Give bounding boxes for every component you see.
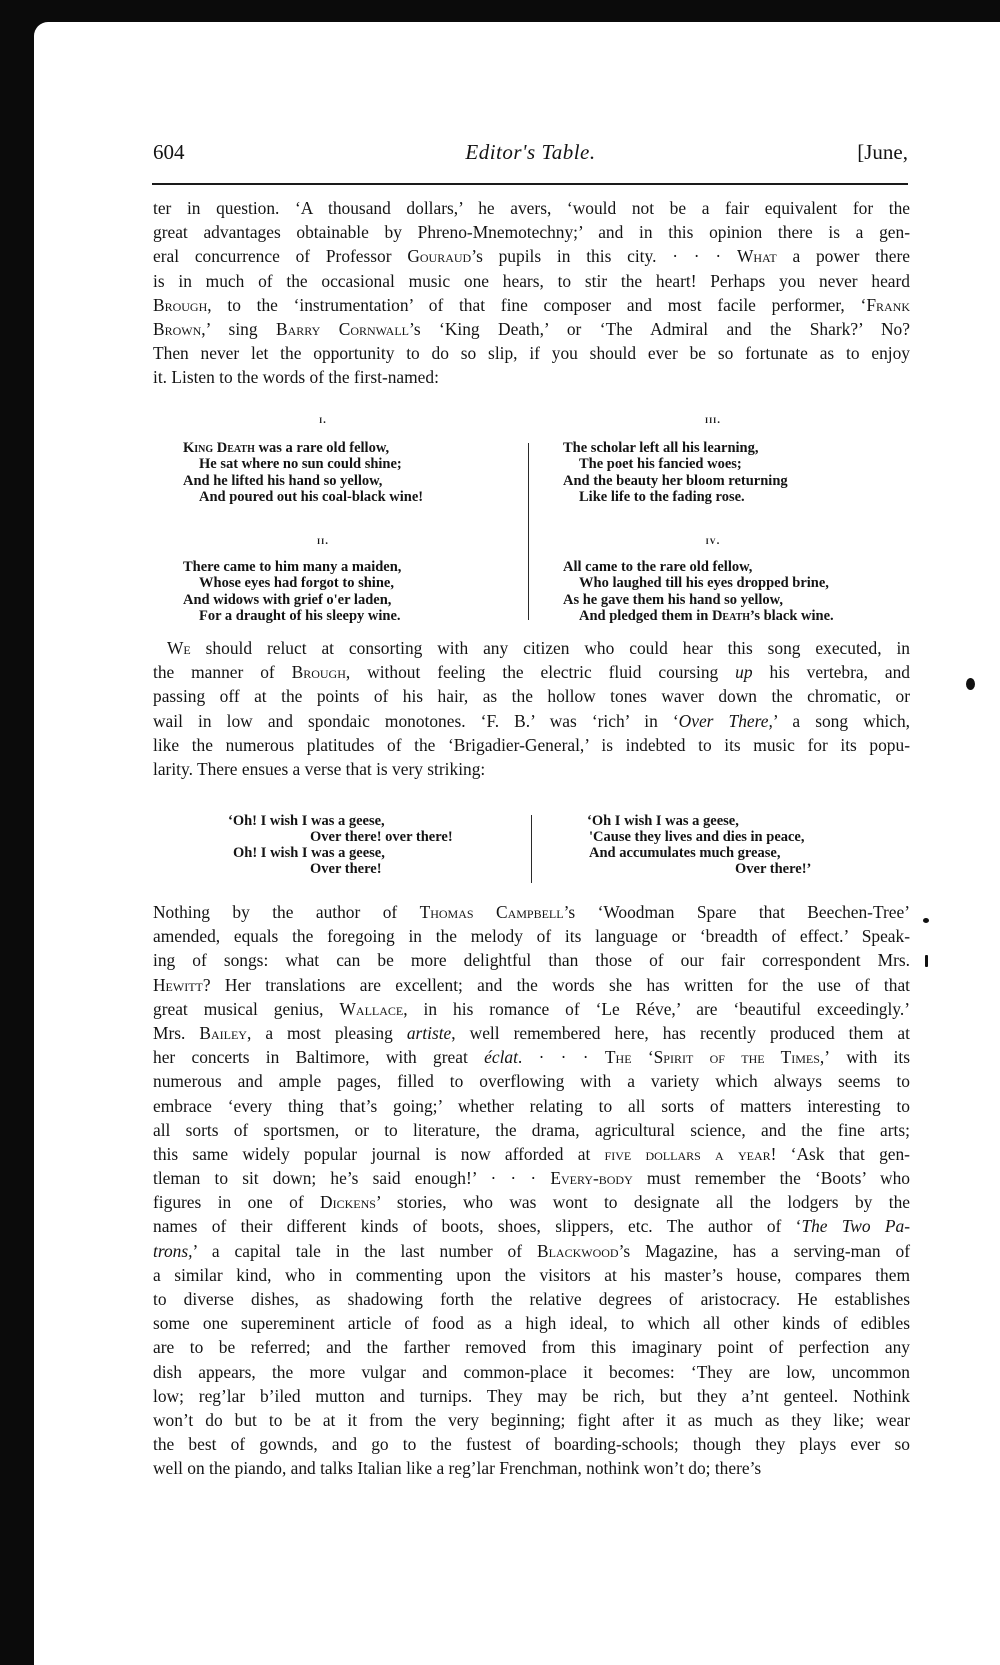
verse-line: Oh! I wish I was a geese, xyxy=(228,845,498,861)
ink-mark xyxy=(925,955,928,967)
stanza-numeral: i. xyxy=(183,412,463,428)
running-month: [June, xyxy=(857,140,908,165)
poem-line: And the beauty her bloom returning xyxy=(563,473,883,489)
text-line: Hewitt? Her translations are excellent; … xyxy=(153,973,910,997)
verse-line: Over there! over there! xyxy=(228,829,498,845)
ink-blot xyxy=(966,678,975,690)
verse-divider xyxy=(531,815,532,883)
text-line: Nothing by the author of Thomas Campbell… xyxy=(153,900,910,924)
stanza-1: i.King Death was a rare old fellow,He sa… xyxy=(183,412,483,505)
text-line: larity. There ensues a verse that is ver… xyxy=(153,757,910,781)
poem-line: Like life to the fading rose. xyxy=(563,489,883,505)
text-line: tleman to sit down; he’s said enough!’ ·… xyxy=(153,1166,910,1190)
text-line: like the numerous platitudes of the ‘Bri… xyxy=(153,733,910,757)
text-line: it. Listen to the words of the first-nam… xyxy=(153,365,910,389)
text-line: to diverse dishes, as shadowing forth th… xyxy=(153,1287,910,1311)
text-line: the manner of Brough, without feeling th… xyxy=(153,660,910,684)
poem-line: And pledged them in Death’s black wine. xyxy=(563,608,883,624)
paragraph-2: We should reluct at consorting with any … xyxy=(153,636,910,781)
verse-right: ‘Oh I wish I was a geese, 'Cause they li… xyxy=(587,813,887,877)
poem-line: The poet his fancied woes; xyxy=(563,456,883,472)
header-rule xyxy=(152,183,908,185)
verse-line: Over there! xyxy=(228,861,498,877)
poem-line: As he gave them his hand so yellow, xyxy=(563,592,883,608)
text-line: We should reluct at consorting with any … xyxy=(153,636,910,660)
poem-line: For a draught of his sleepy wine. xyxy=(183,608,483,624)
text-line: trons,’ a capital tale in the last numbe… xyxy=(153,1239,910,1263)
text-line: well on the piando, and talks Italian li… xyxy=(153,1456,910,1480)
text-line: Brown,’ sing Barry Cornwall’s ‘King Deat… xyxy=(153,317,910,341)
verse-line: 'Cause they lives and dies in peace, xyxy=(587,829,887,845)
poem-line: Who laughed till his eyes dropped brine, xyxy=(563,575,883,591)
stanza-numeral: iii. xyxy=(563,412,863,428)
poem-line: And widows with grief o'er laden, xyxy=(183,592,483,608)
text-line: are to be referred; and the farther remo… xyxy=(153,1335,910,1359)
paragraph-3: Nothing by the author of Thomas Campbell… xyxy=(153,900,910,1481)
poem-line: The scholar left all his learning, xyxy=(563,440,883,456)
text-line: passing off at the points of his hair, a… xyxy=(153,684,910,708)
stanza-2: ii.There came to him many a maiden,Whose… xyxy=(183,533,483,624)
verse-line: And accumulates much grease, xyxy=(587,845,887,861)
text-line: numerous and ample pages, filled to over… xyxy=(153,1069,910,1093)
running-title: Editor's Table. xyxy=(153,140,908,165)
text-line: all sorts of sportsmen, or to literature… xyxy=(153,1118,910,1142)
poem-line: He sat where no sun could shine; xyxy=(183,456,483,472)
text-line: this same widely popular journal is now … xyxy=(153,1142,910,1166)
verse-line: ‘Oh! I wish I was a geese, xyxy=(228,813,498,829)
verse-line: ‘Oh I wish I was a geese, xyxy=(587,813,887,829)
text-line: wail in low and spondaic monotones. ‘F. … xyxy=(153,709,910,733)
text-line: the best of gownds, and go to the fustes… xyxy=(153,1432,910,1456)
text-line: names of their different kinds of boots,… xyxy=(153,1214,910,1238)
ink-blot xyxy=(923,918,929,923)
paragraph-1: ter in question. ‘A thousand dollars,’ h… xyxy=(153,196,910,390)
text-line: ter in question. ‘A thousand dollars,’ h… xyxy=(153,196,910,220)
verse-left: ‘Oh! I wish I was a geese, Over there! o… xyxy=(228,813,498,877)
stanza-divider xyxy=(528,443,529,620)
poem-line: And he lifted his hand so yellow, xyxy=(183,473,483,489)
text-line: great advantages obtainable by Phreno-Mn… xyxy=(153,220,910,244)
text-line: eral concurrence of Professor Gouraud’s … xyxy=(153,244,910,268)
text-line: dish appears, the more vulgar and common… xyxy=(153,1360,910,1384)
text-line: a similar kind, who in commenting upon t… xyxy=(153,1263,910,1287)
text-line: embrace ‘every thing that’s going;’ whet… xyxy=(153,1094,910,1118)
poem-line: All came to the rare old fellow, xyxy=(563,559,883,575)
running-head: 604 Editor's Table. [June, xyxy=(153,140,908,170)
text-line: Mrs. Bailey, a most pleasing artiste, we… xyxy=(153,1021,910,1045)
stanza-4: iv.All came to the rare old fellow,Who l… xyxy=(563,533,883,624)
text-line: Then never let the opportunity to do so … xyxy=(153,341,910,365)
stanza-3: iii.The scholar left all his learning,Th… xyxy=(563,412,883,505)
stanza-numeral: iv. xyxy=(563,533,863,549)
poem-line: And poured out his coal-black wine! xyxy=(183,489,483,505)
poem-line: King Death was a rare old fellow, xyxy=(183,440,483,456)
stanza-numeral: ii. xyxy=(183,533,463,549)
text-line: figures in one of Dickens’ stories, who … xyxy=(153,1190,910,1214)
text-line: amended, equals the foregoing in the mel… xyxy=(153,924,910,948)
poem-line: Whose eyes had forgot to shine, xyxy=(183,575,483,591)
text-line: low; reg’lar b’iled mutton and turnips. … xyxy=(153,1384,910,1408)
text-line: ing of songs: what can be more delightfu… xyxy=(153,948,910,972)
text-line: some one supereminent article of food as… xyxy=(153,1311,910,1335)
text-line: is in much of the occasional music one h… xyxy=(153,269,910,293)
text-line: Brough, to the ‘instrumentation’ of that… xyxy=(153,293,910,317)
text-line: won’t do but to be at it from the very b… xyxy=(153,1408,910,1432)
poem-line: There came to him many a maiden, xyxy=(183,559,483,575)
text-line: her concerts in Baltimore, with great éc… xyxy=(153,1045,910,1069)
text-line: great musical genius, Wallace, in his ro… xyxy=(153,997,910,1021)
verse-line: Over there!’ xyxy=(587,861,887,877)
